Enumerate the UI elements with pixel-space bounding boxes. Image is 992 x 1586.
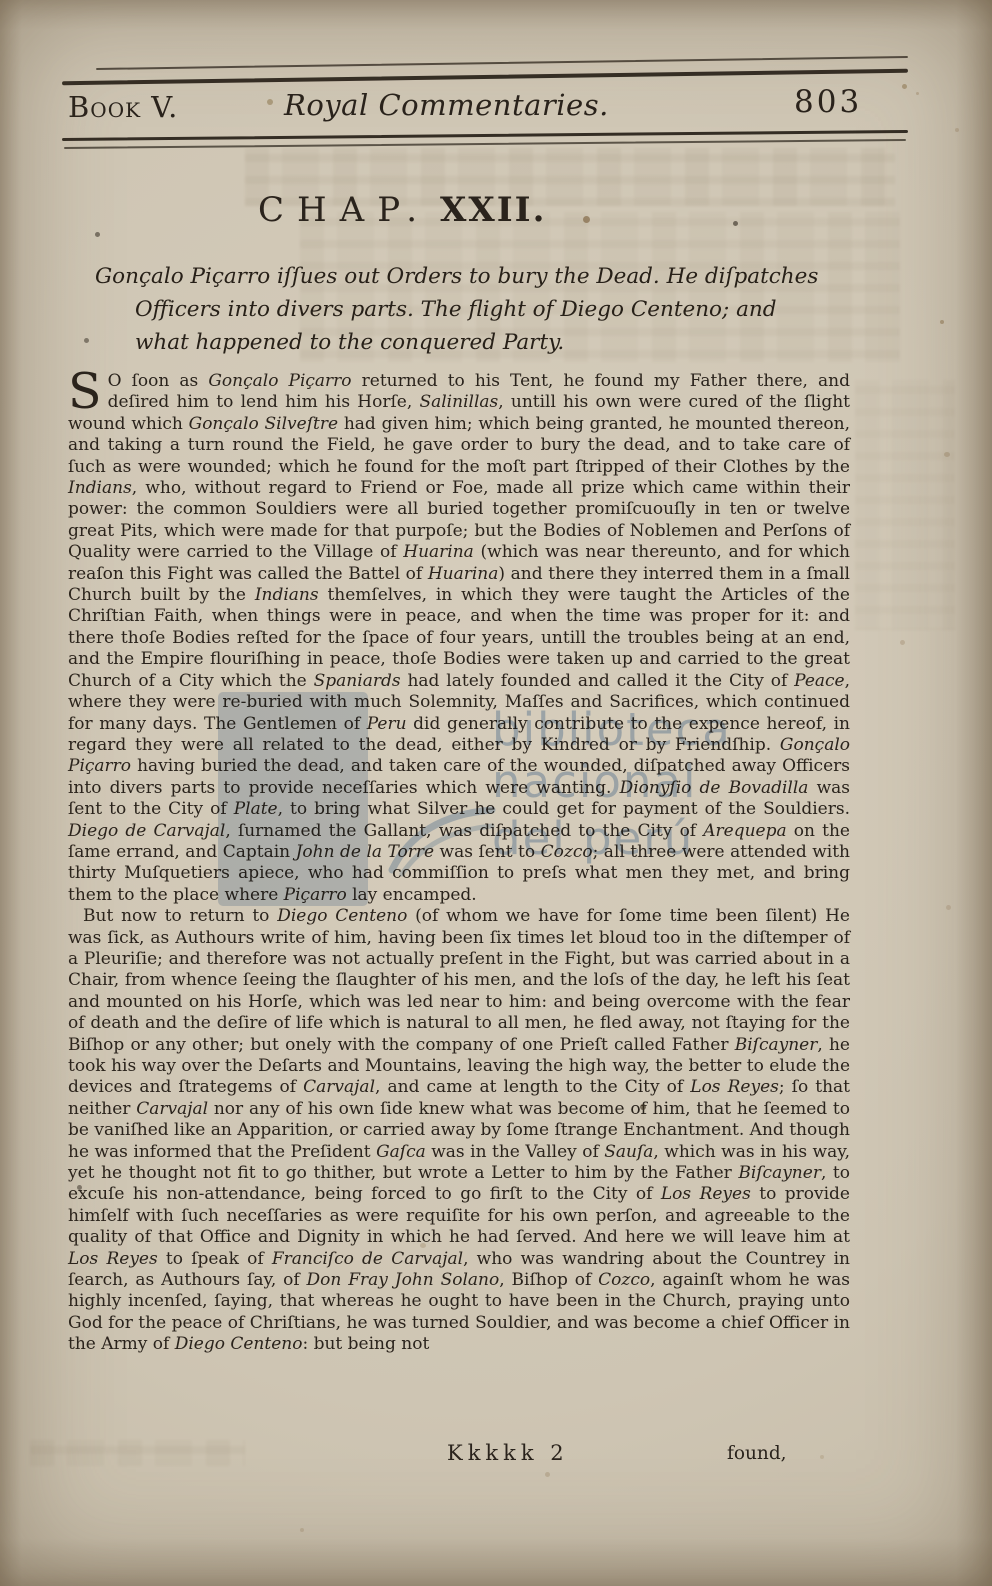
foxing-speck (946, 905, 951, 910)
body-paragraph-2: But now to return to Diego Centeno (of w… (68, 906, 850, 1356)
foxing-speck (944, 452, 950, 457)
page-edge-shadow (0, 0, 992, 30)
body-text: SO ſoon as Gonçalo Piçarro returned to h… (68, 371, 850, 1356)
foxing-speck (583, 216, 590, 223)
signature-mark: Kkkkk 2 (447, 1441, 569, 1465)
foxing-speck (545, 1472, 550, 1477)
foxing-speck (95, 232, 100, 237)
foxing-speck (902, 84, 907, 89)
body-paragraph-1-text: O ſoon as Gonçalo Piçarro returned to hi… (68, 371, 850, 905)
foxing-speck (900, 640, 905, 645)
running-head-title: Royal Commentaries. (284, 88, 609, 122)
chapter-summary: Gonçalo Piçarro iſſues out Orders to bur… (95, 260, 823, 359)
drop-cap-initial: S (68, 371, 108, 411)
body-paragraph-1: SO ſoon as Gonçalo Piçarro returned to h… (68, 371, 850, 906)
bleedthrough-smudge (30, 1440, 245, 1466)
catchword: found, (727, 1443, 787, 1464)
chapter-heading-numeral: XXII. (440, 190, 546, 230)
foxing-speck (267, 99, 273, 105)
double-rule-header-thick (62, 130, 908, 141)
page-number: 803 (794, 84, 862, 120)
page-edge-shadow (956, 0, 992, 1586)
page-edge-shadow (0, 0, 22, 1586)
page-edge-shadow (0, 1538, 992, 1586)
foxing-speck (84, 338, 89, 343)
double-rule-top-thick (62, 69, 908, 86)
bleedthrough-smudge (855, 380, 955, 630)
double-rule-header-thin (64, 139, 906, 149)
running-head-book: Book V. (68, 90, 178, 124)
double-rule-top-thin (96, 56, 908, 70)
foxing-speck (955, 128, 959, 132)
chapter-heading-word: CHAP. (258, 190, 430, 230)
foxing-speck (820, 1455, 824, 1459)
foxing-speck (940, 320, 944, 324)
chapter-heading: CHAP.XXII. (258, 190, 546, 230)
foxing-speck (733, 221, 738, 226)
foxing-speck (300, 1528, 304, 1532)
foxing-speck (916, 92, 919, 95)
book-page-scan: Book V. Royal Commentaries. 803 CHAP.XXI… (0, 0, 992, 1586)
